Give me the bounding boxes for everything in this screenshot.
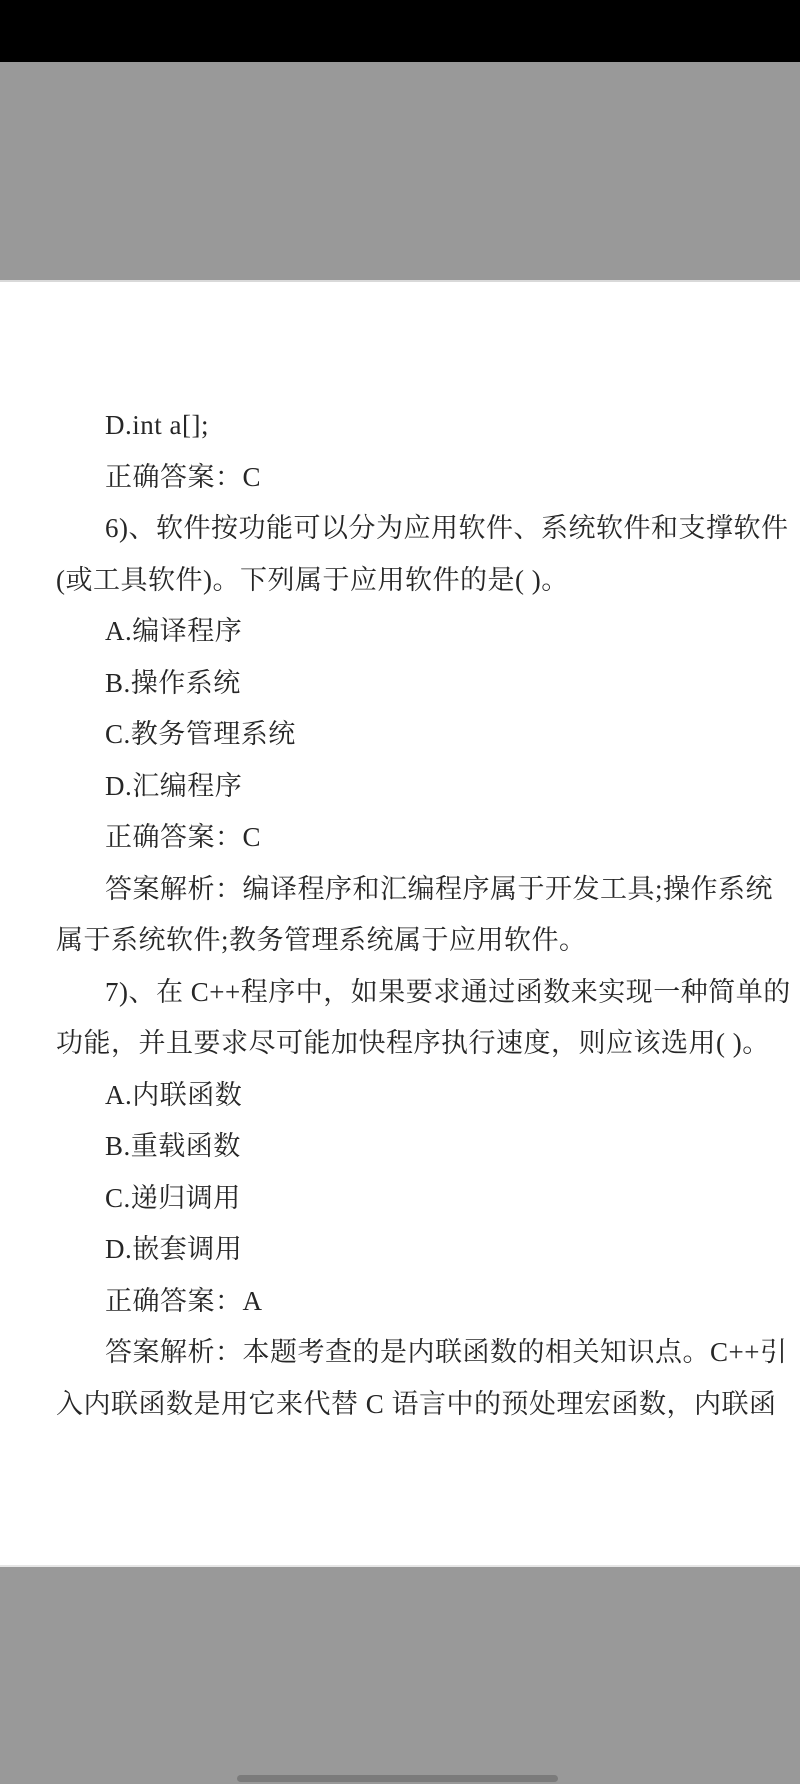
text-line: 入内联函数是用它来代替 C 语言中的预处理宏函数，内联函 bbox=[56, 1379, 756, 1431]
text-line: 6)、软件按功能可以分为应用软件、系统软件和支撑软件 bbox=[56, 503, 756, 555]
text-line: (或工具软件)。下列属于应用软件的是( )。 bbox=[56, 555, 756, 607]
home-indicator-bar[interactable] bbox=[237, 1775, 558, 1782]
text-line: 正确答案：C bbox=[56, 812, 756, 864]
text-line: D.汇编程序 bbox=[56, 761, 756, 813]
text-line: A.内联函数 bbox=[56, 1070, 756, 1122]
text-line: 答案解析：编译程序和汇编程序属于开发工具;操作系统 bbox=[56, 864, 756, 916]
text-line: B.操作系统 bbox=[56, 658, 756, 710]
reader-background-top bbox=[0, 62, 800, 280]
text-line: 功能，并且要求尽可能加快程序执行速度，则应该选用( )。 bbox=[56, 1018, 756, 1070]
reader-background-bottom bbox=[0, 1567, 800, 1784]
text-line: A.编译程序 bbox=[56, 606, 756, 658]
text-line: 7)、在 C++程序中，如果要求通过函数来实现一种简单的 bbox=[56, 967, 756, 1019]
document-page[interactable]: D.int a[];正确答案：C6)、软件按功能可以分为应用软件、系统软件和支撑… bbox=[0, 280, 800, 1567]
document-text: D.int a[];正确答案：C6)、软件按功能可以分为应用软件、系统软件和支撑… bbox=[56, 400, 756, 1430]
text-line: B.重载函数 bbox=[56, 1121, 756, 1173]
text-line: 属于系统软件;教务管理系统属于应用软件。 bbox=[56, 915, 756, 967]
text-line: C.教务管理系统 bbox=[56, 709, 756, 761]
text-line: 答案解析：本题考查的是内联函数的相关知识点。C++引 bbox=[56, 1327, 756, 1379]
text-line: D.嵌套调用 bbox=[56, 1224, 756, 1276]
text-line: C.递归调用 bbox=[56, 1173, 756, 1225]
text-line: 正确答案：A bbox=[56, 1276, 756, 1328]
status-bar bbox=[0, 0, 800, 62]
text-line: D.int a[]; bbox=[56, 400, 756, 452]
text-line: 正确答案：C bbox=[56, 452, 756, 504]
